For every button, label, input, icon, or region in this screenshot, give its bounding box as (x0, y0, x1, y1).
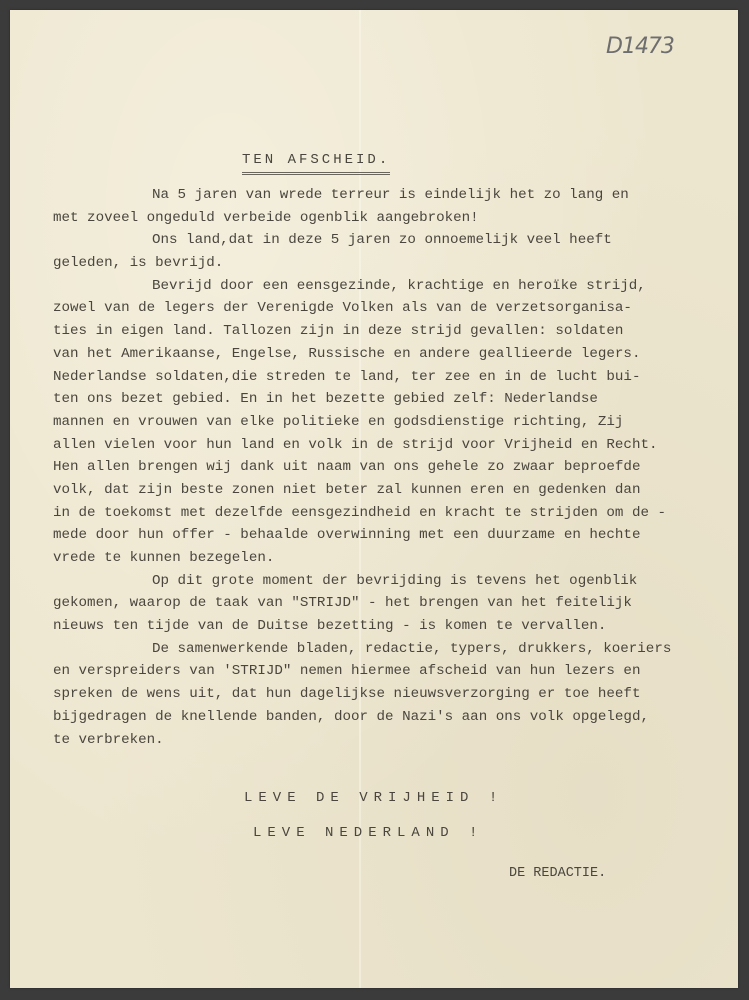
text-line: in de toekomst met dezelfde eensgezindhe… (53, 502, 713, 525)
text-line: Na 5 jaren van wrede terreur is eindelij… (53, 184, 713, 207)
text-line: en verspreiders van 'STRIJD" nemen hierm… (53, 660, 713, 683)
text-line: Ons land,dat in deze 5 jaren zo onnoemel… (53, 229, 713, 252)
slogan-netherlands: LEVE NEDERLAND ! (253, 822, 483, 845)
document-body: Na 5 jaren van wrede terreur is eindelij… (53, 184, 713, 751)
document-title: TEN AFSCHEID. (242, 149, 390, 175)
text-line: Nederlandse soldaten,die streden te land… (53, 366, 713, 389)
text-line: geleden, is bevrijd. (53, 252, 713, 275)
text-line: mede door hun offer - behaalde overwinni… (53, 524, 713, 547)
slogan-freedom: LEVE DE VRIJHEID ! (244, 787, 503, 810)
text-line: zowel van de legers der Verenigde Volken… (53, 297, 713, 320)
text-line: vrede te kunnen bezegelen. (53, 547, 713, 570)
text-line: ties in eigen land. Tallozen zijn in dez… (53, 320, 713, 343)
text-line: te verbreken. (53, 729, 713, 752)
document-page: D1473 TEN AFSCHEID. Na 5 jaren van wrede… (10, 10, 738, 988)
text-line: allen vielen voor hun land en volk in de… (53, 434, 713, 457)
text-line: volk, dat zijn beste zonen niet beter za… (53, 479, 713, 502)
text-line: met zoveel ongeduld verbeide ogenblik aa… (53, 207, 713, 230)
text-line: Hen allen brengen wij dank uit naam van … (53, 456, 713, 479)
text-line: Op dit grote moment der bevrijding is te… (53, 570, 713, 593)
archive-mark: D1473 (606, 34, 674, 59)
text-line: bijgedragen de knellende banden, door de… (53, 706, 713, 729)
text-line: Bevrijd door een eensgezinde, krachtige … (53, 275, 713, 298)
signature: DE REDACTIE. (509, 863, 606, 886)
text-line: gekomen, waarop de taak van "STRIJD" - h… (53, 592, 713, 615)
text-line: nieuws ten tijde van de Duitse bezetting… (53, 615, 713, 638)
text-line: van het Amerikaanse, Engelse, Russische … (53, 343, 713, 366)
text-line: mannen en vrouwen van elke politieke en … (53, 411, 713, 434)
text-line: spreken de wens uit, dat hun dagelijkse … (53, 683, 713, 706)
text-line: ten ons bezet gebied. En in het bezette … (53, 388, 713, 411)
text-line: De samenwerkende bladen, redactie, typer… (53, 638, 713, 661)
